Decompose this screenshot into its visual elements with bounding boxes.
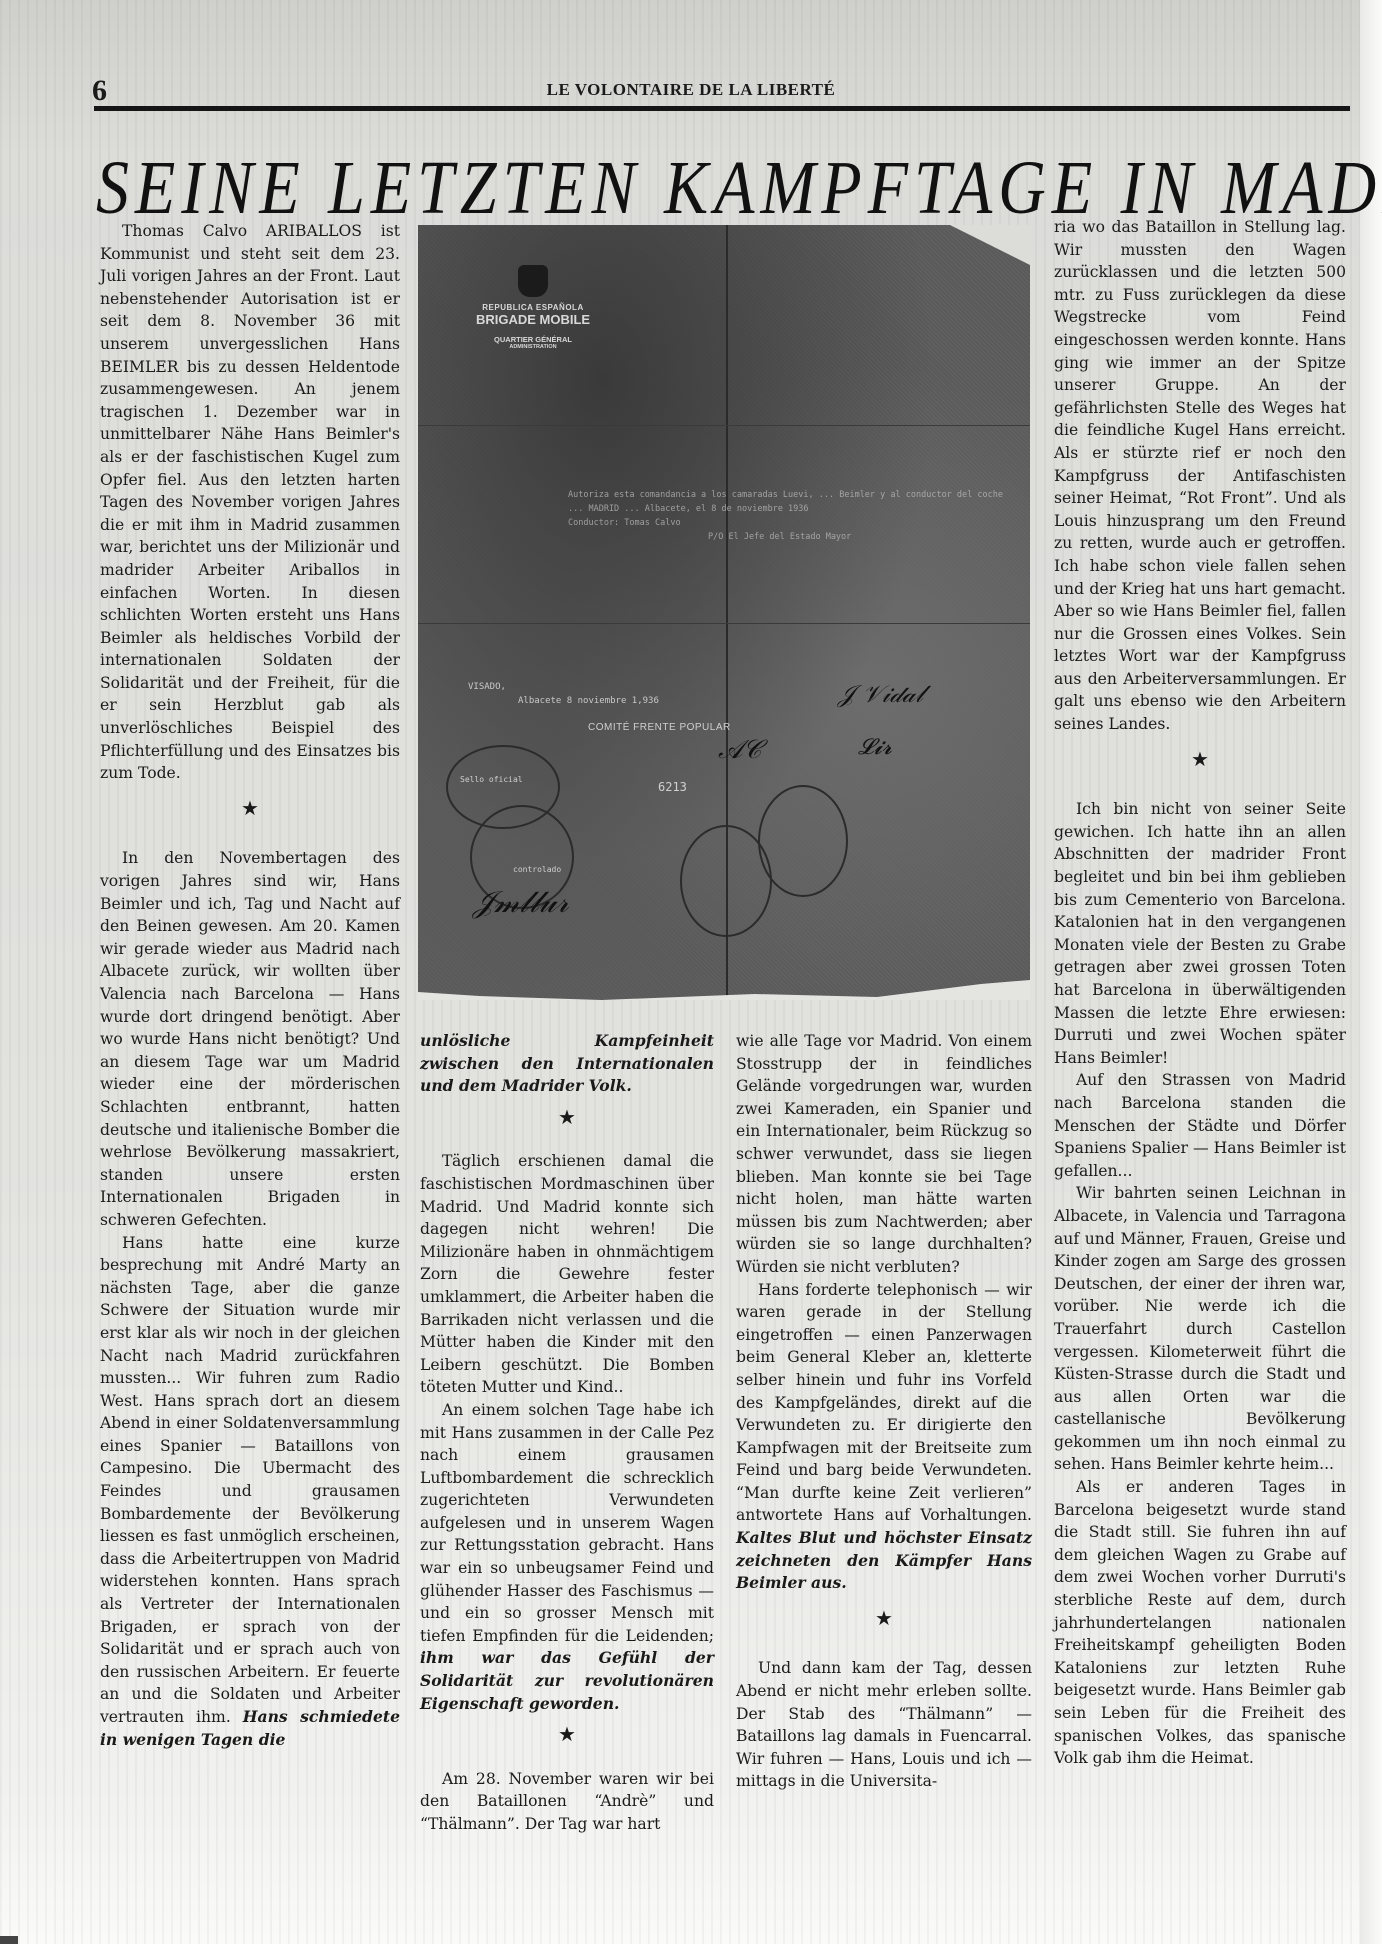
stamp-label: controlado xyxy=(513,865,561,874)
paragraph: Hans forderte telephonisch — wir waren g… xyxy=(736,1279,1032,1595)
signature-mark: 𝒜𝒞 xyxy=(718,735,762,766)
paragraph: Ich bin nicht von seiner Seite gewichen.… xyxy=(1054,798,1346,1069)
star-separator-icon: ★ xyxy=(420,1106,714,1129)
fold-line xyxy=(418,425,1030,426)
signature-mark: 𝒥 𝒱𝒾𝒹𝒶𝓁 xyxy=(838,680,923,708)
column-3: wie alle Tage vor Madrid. Von einem Stos… xyxy=(736,1030,1032,1793)
star-separator-icon: ★ xyxy=(1054,748,1346,771)
paragraph: Als er anderen Tages in Barcelona beiges… xyxy=(1054,1476,1346,1770)
paragraph-text: Hans forderte telephonisch — wir waren g… xyxy=(736,1281,1032,1525)
column-2: unlösliche Kampfeinheit zwischen den Int… xyxy=(420,1030,714,1836)
scan-corner-mark xyxy=(0,1936,18,1944)
typed-body: Autoriza esta comandancia a los camarada… xyxy=(568,488,1008,516)
italic-emphasis: unlösliche Kampfeinheit zwischen den Int… xyxy=(420,1030,714,1098)
fold-line xyxy=(418,623,1030,624)
paragraph: Täglich erschienen damal die faschistisc… xyxy=(420,1150,714,1399)
committee-stamp-text: COMITÉ FRENTE POPULAR xyxy=(588,722,731,733)
stamp-label: Sello oficial xyxy=(460,775,523,784)
coat-of-arms-icon xyxy=(518,265,548,297)
paragraph: Auf den Strassen von Madrid nach Barcelo… xyxy=(1054,1069,1346,1182)
intro-paragraph: Thomas Calvo ARIBALLOS ist Kommunist und… xyxy=(100,220,400,785)
signature-mark: 𝒥𝓂𝓁𝓁𝓊𝓇 xyxy=(473,885,569,920)
torn-corner xyxy=(950,225,1030,265)
star-separator-icon: ★ xyxy=(736,1607,1032,1630)
torn-edge xyxy=(418,980,1030,1000)
publication-title: LE VOLONTAIRE DE LA LIBERTÉ xyxy=(0,80,1382,100)
letterhead-line: BRIGADE MOBILE xyxy=(458,312,608,327)
column-1: Thomas Calvo ARIBALLOS ist Kommunist und… xyxy=(100,220,400,1751)
paragraph: Hans hatte eine kurze besprechung mit An… xyxy=(100,1232,400,1752)
column-4: ria wo das Bataillon in Stellung lag. Wi… xyxy=(1054,216,1346,1770)
typed-signatory: P/O El Jefe del Estado Mayor xyxy=(568,530,1008,544)
italic-emphasis: ihm war das Gefühl der Solidarität zur r… xyxy=(420,1648,714,1712)
paragraph: Am 28. November waren wir bei den Batail… xyxy=(420,1768,714,1836)
letterhead-line: ADMINISTRATION xyxy=(458,344,608,350)
authorization-document-photo: REPUBLICA ESPAÑOLA BRIGADE MOBILE QUARTI… xyxy=(418,225,1030,1000)
italic-emphasis: Kaltes Blut und höchster Einsatz zeichne… xyxy=(736,1528,1032,1592)
paragraph: wie alle Tage vor Madrid. Von einem Stos… xyxy=(736,1030,1032,1279)
paragraph-text: Hans hatte eine kurze besprechung mit An… xyxy=(100,1234,400,1726)
signature-mark: 𝓛𝓲𝓻 xyxy=(858,735,892,760)
newspaper-page: 6 LE VOLONTAIRE DE LA LIBERTÉ SEINE LETZ… xyxy=(0,0,1382,1944)
paragraph: An einem solchen Tage habe ich mit Hans … xyxy=(420,1399,714,1715)
paragraph: In den Novembertagen des vorigen Jahres … xyxy=(100,847,400,1231)
letterhead-line: REPUBLICA ESPAÑOLA xyxy=(458,303,608,312)
star-separator-icon: ★ xyxy=(420,1723,714,1746)
paragraph-text: An einem solchen Tage habe ich mit Hans … xyxy=(420,1401,714,1645)
paragraph: ria wo das Bataillon in Stellung lag. Wi… xyxy=(1054,216,1346,736)
typed-authorization-text: Autoriza esta comandancia a los camarada… xyxy=(568,488,1008,544)
round-stamp xyxy=(758,785,848,897)
star-separator-icon: ★ xyxy=(100,797,400,820)
header-rule xyxy=(94,106,1350,111)
letterhead-line: QUARTIER GÉNÉRAL xyxy=(458,335,608,344)
paragraph: Wir bahrten seinen Leichnan in Albacete,… xyxy=(1054,1182,1346,1476)
paragraph: Und dann kam der Tag, dessen Abend er ni… xyxy=(736,1657,1032,1793)
scan-edge xyxy=(1360,0,1382,1944)
typed-driver-line: Conductor: Tomas Calvo xyxy=(568,516,1008,530)
stamp-label: 6213 xyxy=(658,780,687,794)
letterhead: REPUBLICA ESPAÑOLA BRIGADE MOBILE QUARTI… xyxy=(458,265,608,350)
